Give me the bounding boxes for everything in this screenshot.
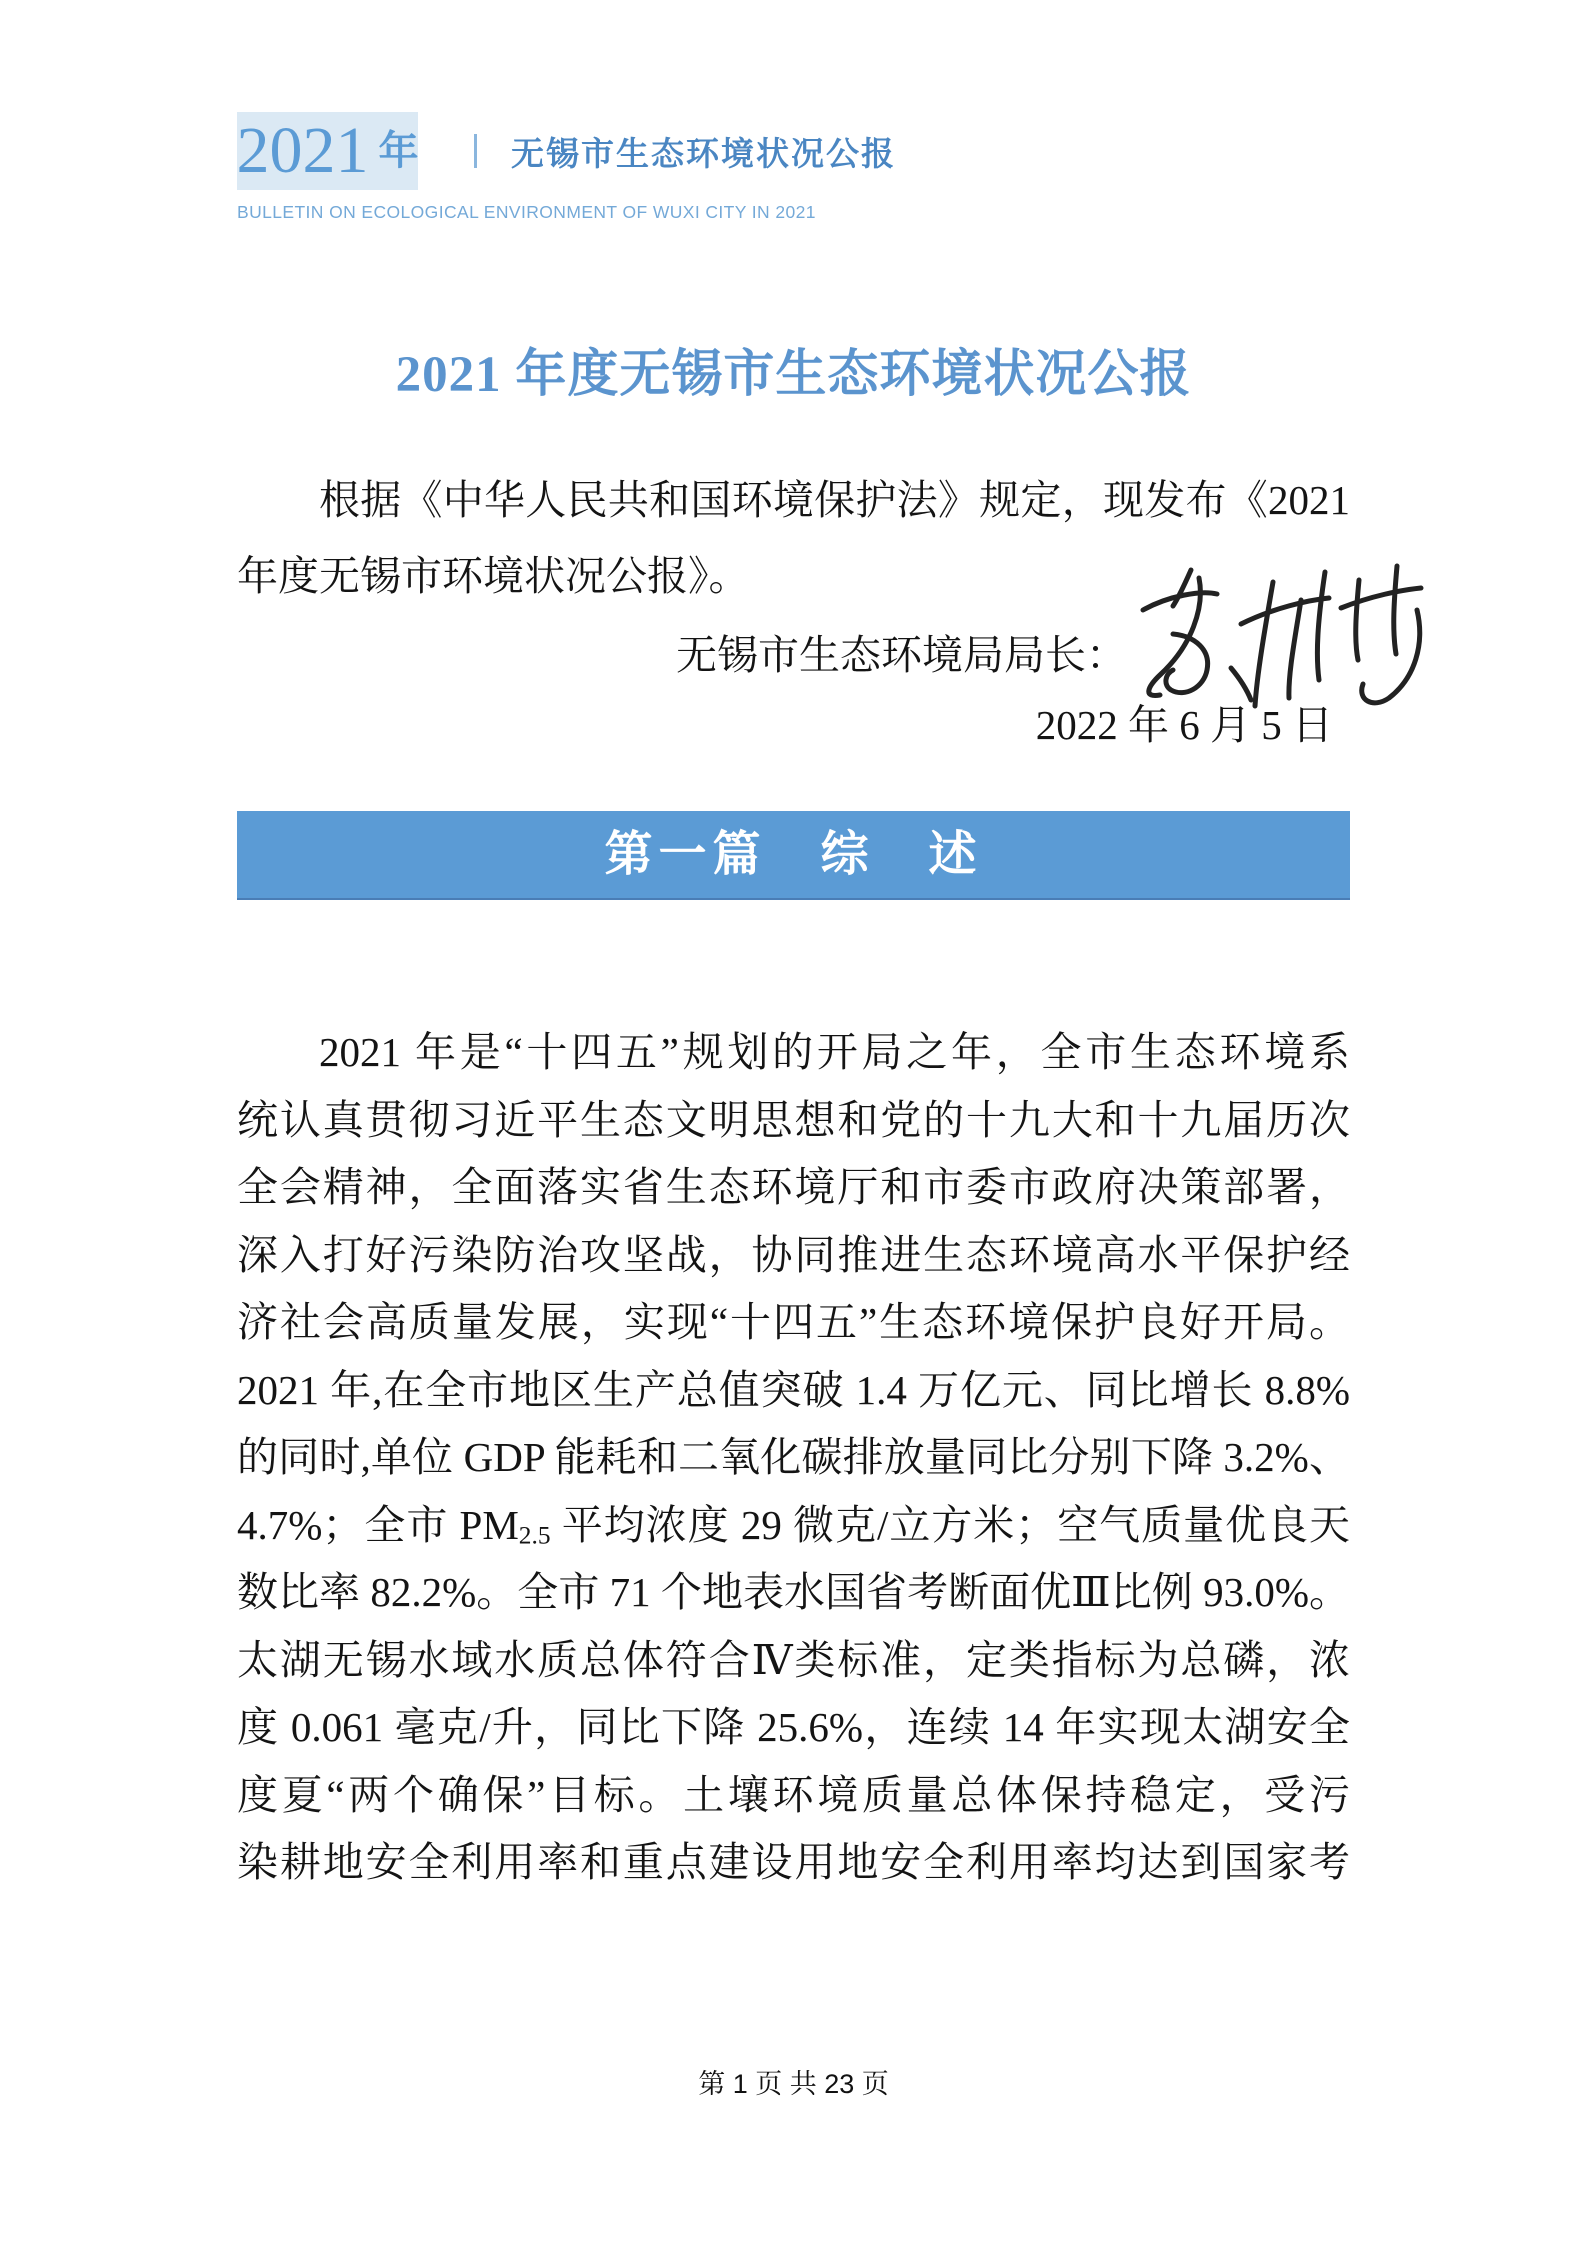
body-line: 染耕地安全利用率和重点建设用地安全利用率均达到国家考 [237, 1829, 1350, 1897]
section-banner: 第一篇 综 述 [237, 811, 1350, 900]
body-line: 数比率 82.2%。全市 71 个地表水国省考断面优Ⅲ比例 93.0%。 [237, 1559, 1350, 1627]
year-number: 2021 [237, 118, 369, 184]
year-unit: 年 [379, 131, 419, 171]
signature-label: 无锡市生态环境局局长： [676, 632, 1127, 678]
body-line: 的同时,单位 GDP 能耗和二氧化碳排放量同比分别下降 3.2%、 [237, 1424, 1350, 1492]
intro-line: 根据《中华人民共和国环境保护法》规定，现发布《2021 [237, 462, 1350, 538]
page-footer: 第 1 页 共 23 页 [0, 2062, 1587, 2101]
body-line: 4.7%；全市 PM2.5 平均浓度 29 微克/立方米；空气质量优良天 [237, 1492, 1350, 1560]
main-title: 2021 年度无锡市生态环境状况公报 [0, 332, 1587, 406]
date-line: 2022 年 6 月 5 日 [237, 692, 1333, 751]
document-header: 2021 年 无锡市生态环境状况公报 BULLETIN ON ECOLOGICA… [237, 112, 1350, 223]
body-line: 统认真贯彻习近平生态文明思想和党的十九大和十九届历次 [237, 1087, 1350, 1155]
header-row: 2021 年 无锡市生态环境状况公报 [237, 112, 1350, 190]
body-line: 度 0.061 毫克/升，同比下降 25.6%，连续 14 年实现太湖安全 [237, 1694, 1350, 1762]
section-banner-title: 第一篇 综 述 [604, 831, 982, 879]
page-number: 第 1 页 共 23 页 [698, 2069, 889, 2099]
body-line: 全会精神，全面落实省生态环境厅和市委市政府决策部署， [237, 1154, 1350, 1222]
body-line: 济社会高质量发展，实现“十四五”生态环境保护良好开局。 [237, 1289, 1350, 1357]
body-line: 2021 年,在全市地区生产总值突破 1.4 万亿元、同比增长 8.8% [237, 1357, 1350, 1425]
header-title-chinese: 无锡市生态环境状况公报 [511, 128, 896, 175]
body-line: 深入打好污染防治攻坚战，协同推进生态环境高水平保护经 [237, 1222, 1350, 1290]
header-title-english: BULLETIN ON ECOLOGICAL ENVIRONMENT OF WU… [237, 202, 1350, 223]
body-paragraph: 2021 年是“十四五”规划的开局之年，全市生态环境系统认真贯彻习近平生态文明思… [237, 1019, 1350, 1897]
header-divider-bar [474, 134, 477, 168]
signature-row: 无锡市生态环境局局长： [237, 622, 1127, 681]
year-badge: 2021 年 [237, 112, 418, 190]
page: 2021 年 无锡市生态环境状况公报 BULLETIN ON ECOLOGICA… [0, 0, 1587, 2245]
body-line: 2021 年是“十四五”规划的开局之年，全市生态环境系 [237, 1019, 1350, 1087]
body-line: 度夏“两个确保”目标。土壤环境质量总体保持稳定，受污 [237, 1762, 1350, 1830]
body-line: 太湖无锡水域水质总体符合Ⅳ类标准，定类指标为总磷，浓 [237, 1627, 1350, 1695]
